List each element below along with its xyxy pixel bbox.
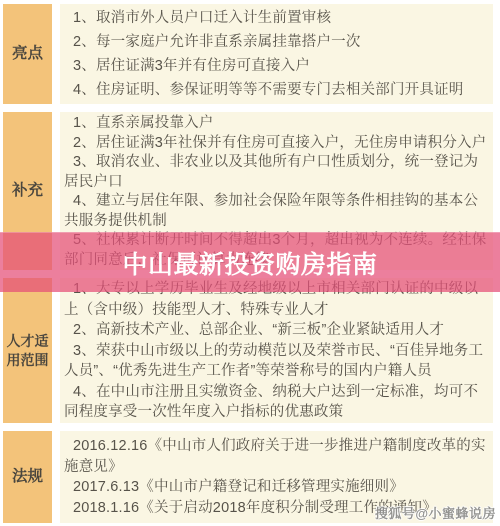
title-banner: 中山最新投资购房指南 (0, 232, 500, 292)
list-item: 2、居住证满3年社保并有住房可直接入户，无住房申请积分入户 (64, 134, 489, 154)
list-item: 2、高新技术产业、总部企业、“新三板”企业紧缺适用人才 (64, 320, 489, 341)
row-content-talent-scope: 1、大专以上学历毕业生及经地级以上市相关部门认证的中级以上（含中级）技能型人才、… (60, 278, 493, 423)
list-item: 2016.12.16《中山市人们政府关于进一步推进户籍制度改革的实施意见》 (64, 436, 489, 477)
row-label-talent-scope: 人才适用范围 (3, 278, 52, 423)
page-title: 中山最新投资购房指南 (122, 245, 377, 281)
list-item: 4、住房证明、参保证明等等不需要专门去相关部门开具证明 (64, 78, 489, 102)
list-item: 4、在中山市注册且实缴资金、纳税大户达到一定标准，均可不同程度享受一次性年度入户… (64, 382, 489, 423)
watermark: 搜狐号@小蜜蜂说房 (375, 503, 496, 522)
table-row-highlights: 亮点 1、取消市外人员户口迁入计生前置审核 2、每一家庭户允许非直系亲属挂靠搭户… (3, 4, 493, 104)
list-item: 4、建立与居住年限、参加社会保险年限等条件相挂钩的基本公共服务提供机制 (64, 192, 489, 231)
row-label-highlights: 亮点 (3, 4, 52, 104)
table-row-talent-scope: 人才适用范围 1、大专以上学历毕业生及经地级以上市相关部门认证的中级以上（含中级… (3, 278, 493, 423)
list-item: 3、荣获中山市级以上的劳动模范以及荣誉市民、“百佳异地务工人员”、“优秀先进生产… (64, 341, 489, 382)
list-item: 1、直系亲属投靠入户 (64, 114, 489, 134)
list-item: 2017.6.13《中山市户籍登记和迁移管理实施细则》 (64, 477, 489, 498)
row-content-highlights: 1、取消市外人员户口迁入计生前置审核 2、每一家庭户允许非直系亲属挂靠搭户一次 … (60, 4, 493, 104)
list-item: 3、居住证满3年并有住房可直接入户 (64, 54, 489, 78)
row-label-regulations: 法规 (3, 431, 52, 523)
list-item: 2、每一家庭户允许非直系亲属挂靠搭户一次 (64, 30, 489, 54)
list-item: 1、取消市外人员户口迁入计生前置审核 (64, 6, 489, 30)
list-item: 3、取消农业、非农业以及其他所有户口性质划分，统一登记为居民户口 (64, 153, 489, 192)
infographic-poster: 亮点 1、取消市外人员户口迁入计生前置审核 2、每一家庭户允许非直系亲属挂靠搭户… (0, 0, 500, 526)
